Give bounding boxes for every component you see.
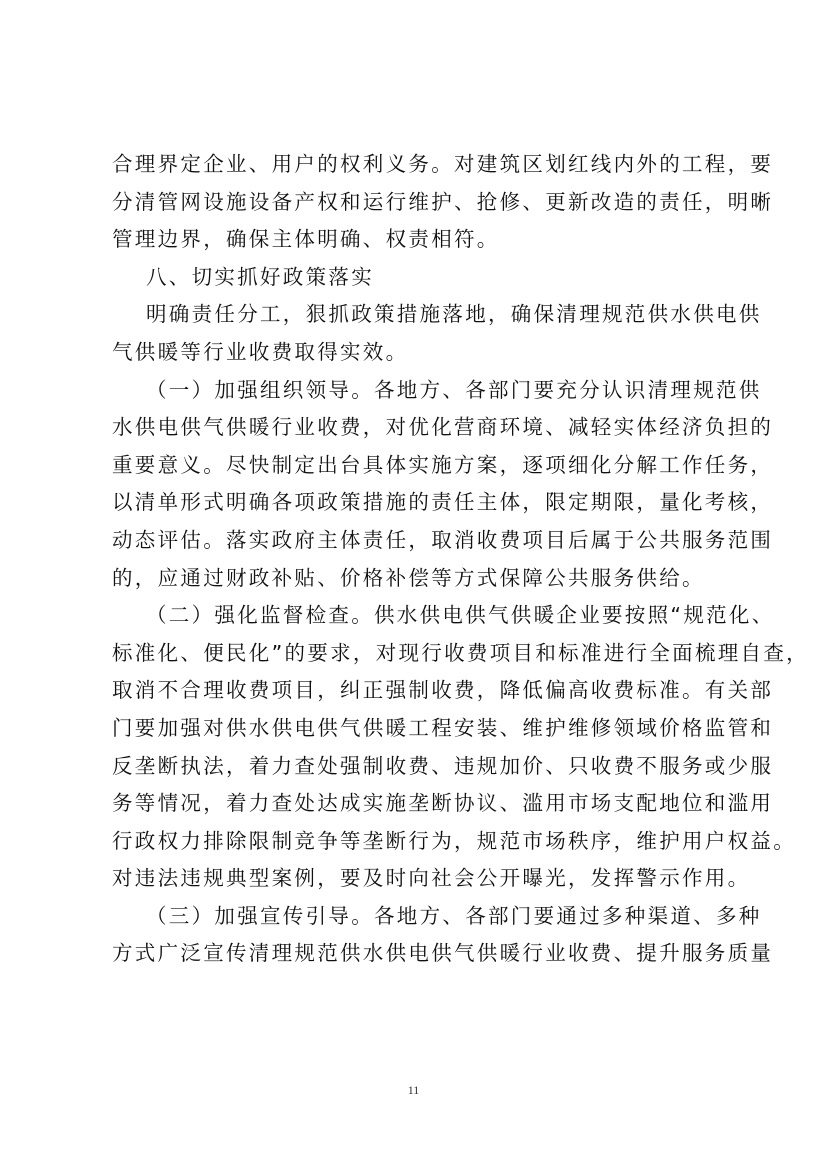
text-line: 以清单形式明确各项政策措施的责任主体，限定期限，量化考核， [112, 484, 720, 522]
text-line: 反垄断执法，着力查处强制收费、违规加价、只收费不服务或少服 [112, 748, 720, 786]
text-line: 取消不合理收费项目，纠正强制收费，降低偏高收费标准。有关部 [112, 672, 720, 710]
text-line: 明确责任分工，狠抓政策措施落地，确保清理规范供水供电供 [112, 296, 720, 334]
text-line: 行政权力排除限制竞争等垄断行为，规范市场秩序，维护用户权益。 [112, 823, 720, 861]
text-line: 水供电供气供暖行业收费，对优化营商环境、减轻实体经济负担的 [112, 409, 720, 447]
text-line: 方式广泛宣传清理规范供水供电供气供暖行业收费、提升服务质量 [112, 935, 720, 973]
text-line: 气供暖等行业收费取得实效。 [112, 334, 720, 372]
document-page: 合理界定企业、用户的权利义务。对建筑区划红线内外的工程，要 分清管网设施设备产权… [0, 0, 827, 1169]
text-line: （一）加强组织领导。各地方、各部门要充分认识清理规范供 [112, 372, 720, 410]
text-line: 对违法违规典型案例，要及时向社会公开曝光，发挥警示作用。 [112, 860, 720, 898]
page-number: 11 [0, 1083, 827, 1098]
text-line: 门要加强对供水供电供气供暖工程安装、维护维修领域价格监管和 [112, 710, 720, 748]
text-line: 的，应通过财政补贴、价格补偿等方式保障公共服务供给。 [112, 560, 720, 598]
text-line: 重要意义。尽快制定出台具体实施方案，逐项细化分解工作任务， [112, 447, 720, 485]
text-line: 务等情况，着力查处达成实施垄断协议、滥用市场支配地位和滥用 [112, 785, 720, 823]
text-line: （二）强化监督检查。供水供电供气供暖企业要按照“规范化、 [112, 597, 720, 635]
text-line: 合理界定企业、用户的权利义务。对建筑区划红线内外的工程，要 [112, 146, 720, 184]
text-line: 管理边界，确保主体明确、权责相符。 [112, 221, 720, 259]
body-text: 合理界定企业、用户的权利义务。对建筑区划红线内外的工程，要 分清管网设施设备产权… [112, 146, 720, 973]
section-heading: 八、切实抓好政策落实 [112, 259, 720, 297]
text-line: 标准化、便民化”的要求，对现行收费项目和标准进行全面梳理自查， [112, 635, 720, 673]
text-line: 动态评估。落实政府主体责任，取消收费项目后属于公共服务范围 [112, 522, 720, 560]
text-line: 分清管网设施设备产权和运行维护、抢修、更新改造的责任，明晰 [112, 184, 720, 222]
text-line: （三）加强宣传引导。各地方、各部门要通过多种渠道、多种 [112, 898, 720, 936]
